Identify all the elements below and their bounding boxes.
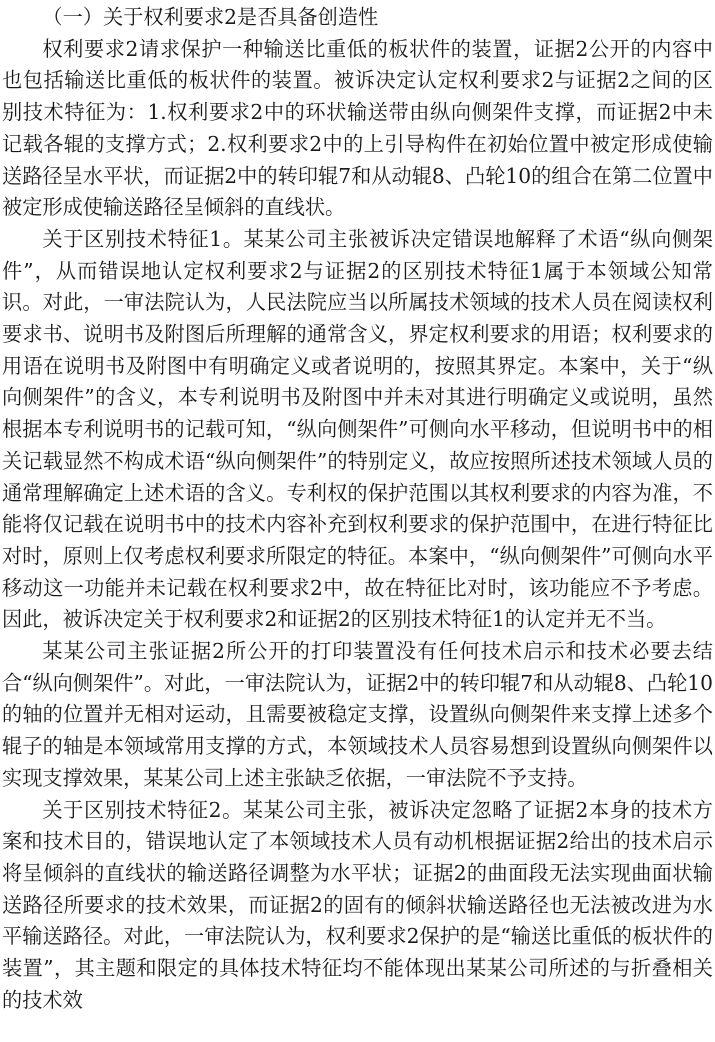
paragraph-feature-1: 关于区别技术特征1。某某公司主张被诉决定错误地解释了术语“纵向侧架件”，从而错误… <box>2 224 713 636</box>
paragraph-evidence-2-argument: 某某公司主张证据2所公开的打印装置没有任何技术启示和技术必要去结合“纵向侧架件”… <box>2 636 713 795</box>
paragraph-feature-2: 关于区别技术特征2。某某公司主张，被诉决定忽略了证据2本身的技术方案和技术目的，… <box>2 795 713 1017</box>
section-heading: （一）关于权利要求2是否具备创造性 <box>2 2 713 34</box>
paragraph-claim-summary: 权利要求2请求保护一种输送比重低的板状件的装置，证据2公开的内容中也包括输送比重… <box>2 34 713 224</box>
document-body: （一）关于权利要求2是否具备创造性 权利要求2请求保护一种输送比重低的板状件的装… <box>2 2 713 1017</box>
